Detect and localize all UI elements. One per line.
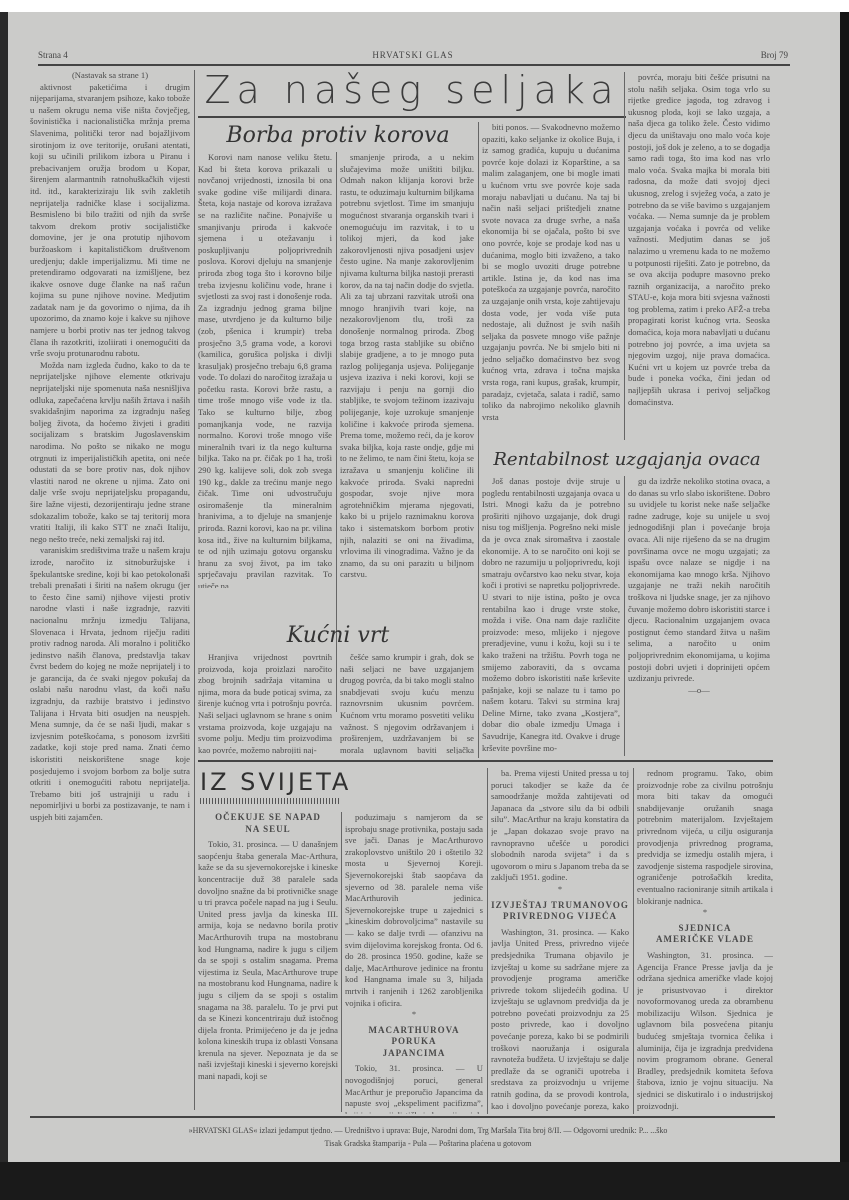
ovce-text-2: gu da izdrže nekoliko stotina ovaca, a d… bbox=[628, 476, 770, 685]
ovce-text-1: Još danas postoje dvije struje u pogledu… bbox=[482, 476, 620, 754]
world-text-2b: Tokio, 31. prosinca. — U novogodišnjoj p… bbox=[345, 1063, 483, 1114]
world-column-2: poduzimaju s namjerom da se isprobaju sn… bbox=[345, 812, 483, 1114]
world-text-3b: Washington, 31. prosinca. — Kako javlja … bbox=[491, 927, 629, 1114]
separator-star: * bbox=[345, 1009, 483, 1021]
ovce-column-2: gu da izdrže nekoliko stotina ovaca, a d… bbox=[628, 476, 770, 756]
korov-text-2: smanjenje prirođa, a u nekim slučajevima… bbox=[340, 152, 474, 581]
imprint-line-1: »HRVATSKI GLAS« izlazi jedamput tjedno. … bbox=[48, 1124, 808, 1137]
world-text-1: Tokio, 31. prosinca. — U današnjem saopć… bbox=[198, 839, 338, 1082]
world-column-3: ba. Prema vijesti United pressa u toj po… bbox=[491, 768, 629, 1114]
headline-sjednica-vlade: SJEDNICAAMERIČKE VLADE bbox=[637, 923, 773, 946]
column-divider bbox=[487, 768, 488, 1114]
korov-column-1: Korovi nam nanose veliku štetu. Kad bi š… bbox=[198, 152, 332, 588]
imprint-footer: »HRVATSKI GLAS« izlazi jedamput tjedno. … bbox=[48, 1124, 808, 1150]
column-divider bbox=[624, 72, 625, 440]
headline-kucni-vrt: Kućni vrt bbox=[198, 622, 478, 650]
article-end-mark: —o— bbox=[628, 685, 770, 697]
headline-napad-na-seul: OČEKUJE SE NAPADNA SEUL bbox=[198, 812, 338, 835]
vrt-text-2: češće samo krumpir i grah, dok se naši s… bbox=[340, 652, 474, 754]
vrt-continued-text-1: biti ponos. — Svakodnevno možemo opaziti… bbox=[482, 122, 620, 423]
world-text-4b: Washington, 31. prosinca. — Agencija Fra… bbox=[637, 950, 773, 1112]
masthead-rule bbox=[38, 64, 790, 66]
paper-name: HRVATSKI GLAS bbox=[38, 50, 788, 60]
section-banner: Za našeg seljaka bbox=[198, 70, 626, 110]
headline-rentabilnost-ovaca: Rentabilnost uzgajanja ovaca bbox=[482, 448, 772, 472]
newspaper-page: Strana 4 HRVATSKI GLAS Broj 79 (Nastavak… bbox=[8, 12, 840, 1162]
world-text-4: rednom programu. Tako, obim proizvodnje … bbox=[637, 768, 773, 907]
left-column-article: (Nastavak sa strane 1) aktivnost paketić… bbox=[30, 70, 190, 1115]
left-text-top: aktivnost paketićima i drugim nijeparija… bbox=[30, 82, 190, 360]
vrt-continued-text-2: povrća, moraju biti češće prisutni na st… bbox=[628, 72, 770, 408]
ovce-column-1: Još danas postoje dvije struje u pogledu… bbox=[482, 476, 620, 756]
section-title-underline bbox=[200, 798, 340, 804]
korov-text-1: Korovi nam nanose veliku štetu. Kad bi š… bbox=[198, 152, 332, 588]
korov-signature: J. V. Z. bbox=[340, 587, 474, 588]
section-rule bbox=[198, 760, 773, 762]
column-divider bbox=[194, 70, 195, 1110]
vrt-continued-column-2: povrća, moraju biti češće prisutni na st… bbox=[628, 72, 770, 440]
section-title-iz-svijeta: IZ SVIJETA bbox=[200, 768, 351, 796]
vrt-continued-column-1: biti ponos. — Svakodnevno možemo opaziti… bbox=[482, 122, 620, 440]
continuation-note: (Nastavak sa strane 1) bbox=[30, 70, 190, 82]
korov-column-2: smanjenje prirođa, a u nekim slučajevima… bbox=[340, 152, 474, 588]
headline-macarthurova-poruka: MACARTHUROVA PORUKAJAPANCIMA bbox=[345, 1025, 483, 1060]
scan-bottom-edge bbox=[0, 1162, 849, 1200]
column-divider bbox=[633, 768, 634, 1114]
footer-rule bbox=[30, 1116, 775, 1118]
separator-star: * bbox=[637, 907, 773, 919]
world-text-3: ba. Prema vijesti United pressa u toj po… bbox=[491, 768, 629, 884]
world-column-4: rednom programu. Tako, obim proizvodnje … bbox=[637, 768, 773, 1114]
column-divider bbox=[624, 476, 625, 756]
headline-borba-protiv-korova: Borba protiv korova bbox=[198, 122, 478, 150]
world-column-1: OČEKUJE SE NAPADNA SEUL Tokio, 31. prosi… bbox=[198, 808, 338, 1114]
world-text-2: poduzimaju s namjerom da se isprobaju sn… bbox=[345, 812, 483, 1009]
banner-rule bbox=[198, 116, 626, 118]
scan-top-edge bbox=[0, 0, 849, 12]
separator-star: * bbox=[491, 884, 629, 896]
left-text-mid: Možda nam izgleda čudno, kako to da te n… bbox=[30, 360, 190, 546]
vrt-column-1: Hranjiva vrijednost povrtnih proizvoda, … bbox=[198, 652, 332, 754]
headline-trumanovo-vijece: IZVJEŠTAJ TRUMANOVOGPRIVREDNOG VIJEĆA bbox=[491, 900, 629, 923]
masthead: Strana 4 HRVATSKI GLAS Broj 79 bbox=[38, 46, 788, 64]
column-divider bbox=[478, 122, 479, 758]
column-divider bbox=[341, 812, 342, 1112]
vrt-text-1: Hranjiva vrijednost povrtnih proizvoda, … bbox=[198, 652, 332, 754]
left-text-bottom: varaniskim središtvima traže u našem kra… bbox=[30, 545, 190, 823]
vrt-column-2: češće samo krumpir i grah, dok se naši s… bbox=[340, 652, 474, 754]
imprint-line-2: Tisak Gradska štamparija - Pula — Poštar… bbox=[48, 1137, 808, 1150]
issue-number: Broj 79 bbox=[761, 50, 788, 60]
